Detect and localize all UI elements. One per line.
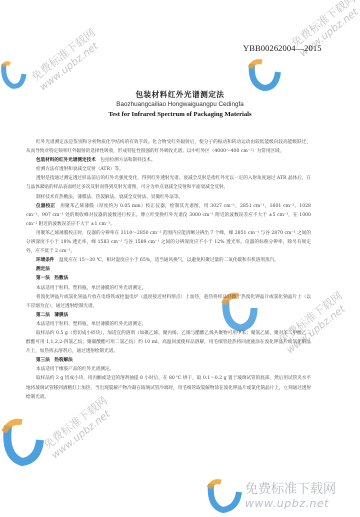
title-english: Test for Infrared Spectrum of Packaging … [0, 111, 360, 118]
footer-brand-watermark: 免费标准下载网 www.upbz.net [245, 478, 336, 510]
watermark-text: 免费标准下载网 www.upbz.net [40, 393, 117, 462]
tech-label: 包装材料的红外光谱测定技术 [36, 158, 96, 163]
intro-paragraph: 红外光谱测定法是鉴别和分析物质化学结构的有效手段。化合物受红外辐射后，使分子的振… [26, 138, 311, 156]
document-page: 免费标准下载网 www.upbz.net 免费标准下载网 www.upbz.ne… [0, 0, 360, 517]
methods-paragraph: 检测方法有透射和衰减全反射（ATR）等。 [26, 165, 311, 174]
up-logo-icon [205, 478, 245, 514]
standard-number: YBB00262004—2015 [243, 43, 322, 53]
tech-paragraph: 包装材料的红外光谱测定技术 包括检测方法和制样技术。 [26, 156, 311, 165]
assay-heading: 测定法 [26, 265, 311, 274]
watermark-text: 免费标准下载网 www.upbz.net [28, 25, 105, 94]
tech-text: 包括检测方法和制样技术。 [100, 158, 155, 163]
title-pinyin: Baozhuangcailiao Hongwaiguangpu Cedingfa [0, 101, 360, 108]
method2-text: 取样品约 0.5 g（剪切成小碎块），加适宜的溶剂（如聚乙烯、聚丙烯、乙烯与醋酸… [26, 329, 311, 356]
method3-scope: 本法适用于橡胶产品的红外光谱测定。 [26, 365, 311, 374]
title-chinese: 包装材料红外光谱测定法 [0, 89, 360, 100]
up-logo-icon [0, 60, 28, 90]
method1-text: 将溴化钾晶片或氯化钠晶片放在电烙铁或控温电炉（温度接近材料熔点）上加热，趁热将样… [26, 293, 311, 311]
document-body: 红外光谱测定法是鉴别和分析物质化学结构的有效手段。化合物受红外辐射后，使分子的振… [26, 138, 311, 402]
resolution-paragraph: 用聚苯乙烯薄膜校正时，仪器的分辨率在 3110～2850 cm⁻¹ 范围内应能清… [26, 229, 311, 256]
method3-text: 取样品约 3 g 切成小块，用丙酮或适宜的溶剂抽提 8 小时后，在 80 ℃ 烘… [26, 374, 311, 401]
environment-label: 环境条件 [36, 258, 54, 263]
sample-prep-paragraph: 制样技术有热敷法、薄膜法、热裂解法、衰减全反射法、显微红外法等。 [26, 193, 311, 202]
method1-heading: 第一法 热敷法 [26, 274, 311, 283]
method2-scope: 本法适用于粒料、塑料瓶、单层薄膜的红外光谱测定。 [26, 320, 311, 329]
environment-text: 温度应在 15～30 ℃，相对湿度应小于 65%，适当通风换气，以避免积聚过量的… [59, 258, 279, 263]
method1-scope: 本法适用于粒料、塑料瓶、单层薄膜的红外光谱测定。 [26, 284, 311, 293]
up-logo-icon [246, 58, 286, 92]
calibration-text: 用聚苯乙烯薄膜（厚度约为 0.05 mm）校正仪器，绘制其光谱图，用 3027 … [26, 204, 311, 227]
calibration-paragraph: 仪器校正 用聚苯乙烯薄膜（厚度约为 0.05 mm）校正仪器，绘制其光谱图，用 … [26, 202, 311, 229]
transmission-paragraph: 透射是指通过测定透过样品前后的红外光强度变化，得到红外透射光谱。衰减全反射是指红… [26, 174, 311, 192]
up-logo-icon [0, 418, 46, 468]
method3-heading: 第三法 热裂解法 [26, 356, 311, 365]
method2-heading: 第二法 薄膜法 [26, 311, 311, 320]
calibration-label: 仪器校正 [36, 204, 55, 209]
environment-paragraph: 环境条件 温度应在 15～30 ℃，相对湿度应小于 65%，适当通风换气，以避免… [26, 256, 311, 265]
